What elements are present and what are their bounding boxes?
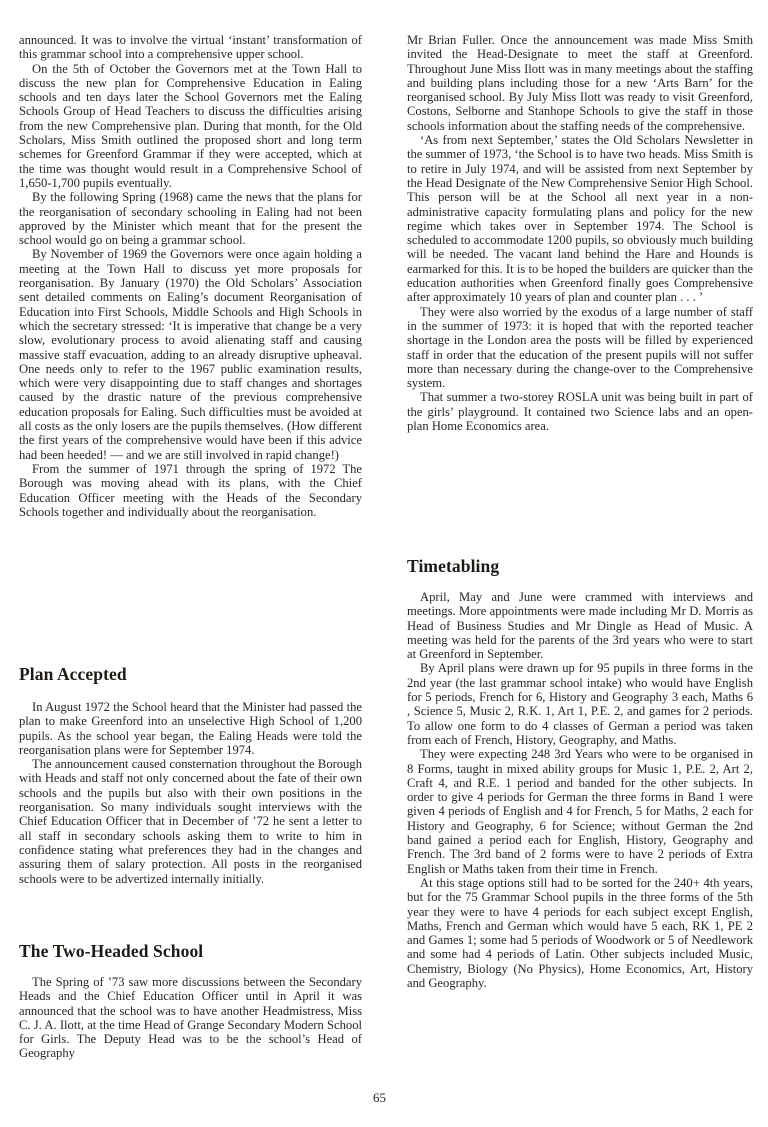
section-heading: The Two-Headed School xyxy=(19,941,362,961)
paragraph: They were also worried by the exodus of … xyxy=(407,305,753,391)
paragraph: Mr Brian Fuller. Once the announcement w… xyxy=(407,33,753,133)
paragraph: The announcement caused consternation th… xyxy=(19,757,362,886)
paragraph: By November of 1969 the Governors were o… xyxy=(19,247,362,461)
paragraph: From the summer of 1971 through the spri… xyxy=(19,462,362,519)
two-headed-school-section: The Two-Headed School The Spring of ’73 … xyxy=(19,941,362,1061)
paragraph: They were expecting 248 3rd Years who we… xyxy=(407,747,753,876)
paragraph: By April plans were drawn up for 95 pupi… xyxy=(407,661,753,747)
paragraph: On the 5th of October the Governors met … xyxy=(19,62,362,191)
paragraph: At this stage options still had to be so… xyxy=(407,876,753,990)
paragraph: By the following Spring (1968) came the … xyxy=(19,190,362,247)
section-heading: Timetabling xyxy=(407,556,753,576)
section-heading: Plan Accepted xyxy=(19,664,362,684)
paragraph: In August 1972 the School heard that the… xyxy=(19,700,362,757)
page-number: 65 xyxy=(373,1090,386,1106)
paragraph: ‘As from next September,’ states the Old… xyxy=(407,133,753,305)
intro-section: announced. It was to involve the virtual… xyxy=(19,33,362,519)
paragraph: April, May and June were crammed with in… xyxy=(407,590,753,661)
paragraph: The Spring of ’73 saw more discussions b… xyxy=(19,975,362,1061)
continued-section: Mr Brian Fuller. Once the announcement w… xyxy=(407,33,753,433)
timetabling-section: Timetabling April, May and June were cra… xyxy=(407,556,753,990)
plan-accepted-section: Plan Accepted In August 1972 the School … xyxy=(19,664,362,886)
paragraph: That summer a two-storey ROSLA unit was … xyxy=(407,390,753,433)
paragraph: announced. It was to involve the virtual… xyxy=(19,33,362,62)
